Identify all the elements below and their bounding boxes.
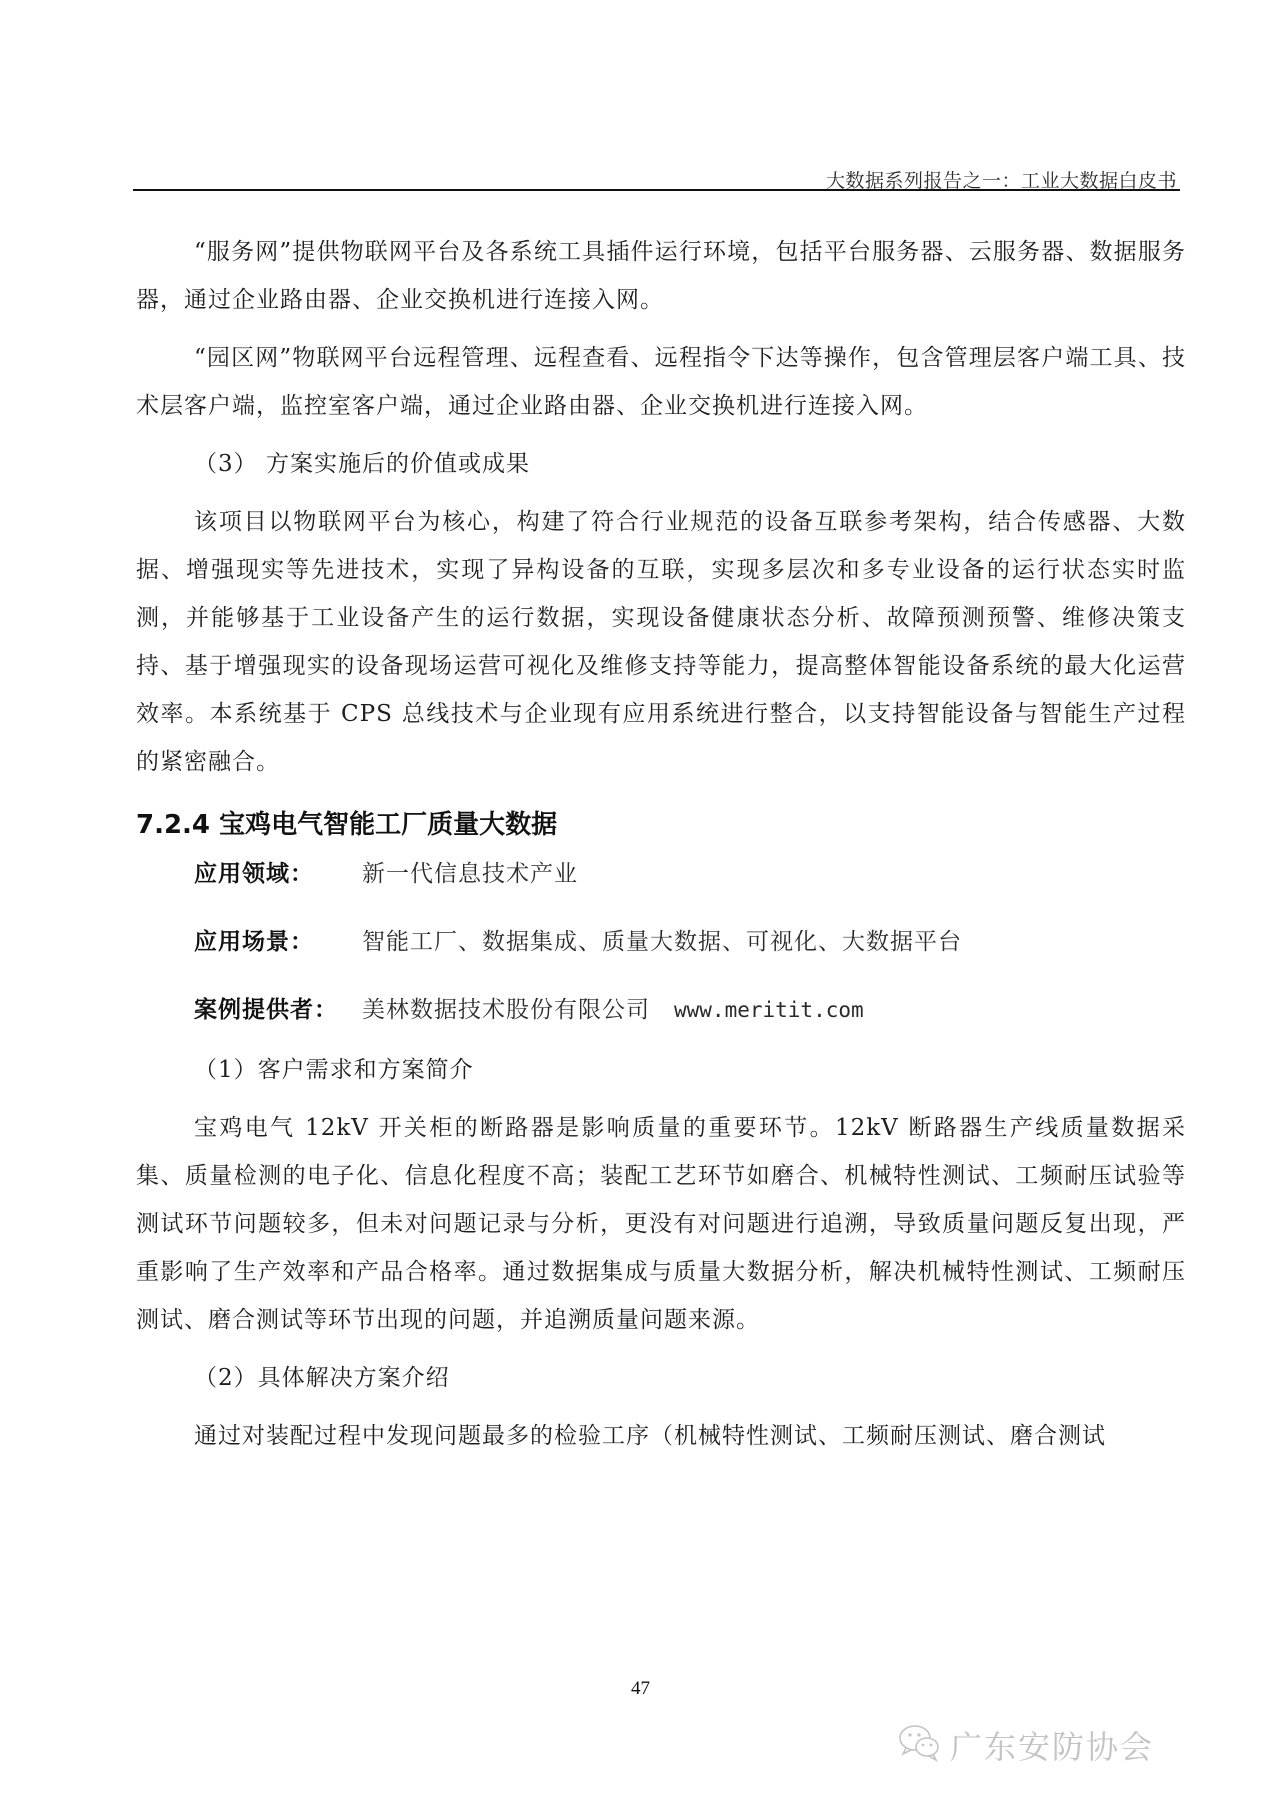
watermark: 广东安防协会 <box>898 1722 1154 1768</box>
page-content: “服务网”提供物联网平台及各系统工具插件运行环境，包括平台服务器、云服务器、数据… <box>136 228 1186 1470</box>
section-title: 7.2.4 宝鸡电气智能工厂质量大数据 <box>136 800 1186 850</box>
subheading-value-results: （3） 方案实施后的价值或成果 <box>136 440 1186 488</box>
meta-application-scenario: 应用场景： 智能工厂、数据集成、质量大数据、可视化、大数据平台 <box>136 922 1186 962</box>
provider-url: www.meritit.com <box>674 990 864 1030</box>
meta-value: 智能工厂、数据集成、质量大数据、可视化、大数据平台 <box>362 922 962 962</box>
paragraph-solution: 通过对装配过程中发现问题最多的检验工序（机械特性测试、工频耐压测试、磨合测试 <box>136 1412 1186 1460</box>
paragraph-service-network: “服务网”提供物联网平台及各系统工具插件运行环境，包括平台服务器、云服务器、数据… <box>136 228 1186 324</box>
page-number: 47 <box>631 1678 650 1700</box>
subheading-customer-needs: （1）客户需求和方案简介 <box>136 1046 1186 1094</box>
wechat-icon <box>898 1723 942 1767</box>
paragraph-campus-network: “园区网”物联网平台远程管理、远程查看、远程指令下达等操作，包含管理层客户端工具… <box>136 334 1186 430</box>
meta-value: 新一代信息技术产业 <box>362 854 578 894</box>
meta-case-provider: 案例提供者： 美林数据技术股份有限公司 www.meritit.com <box>136 990 1186 1030</box>
paragraph-customer-needs: 宝鸡电气 12kV 开关柜的断路器是影响质量的重要环节。12kV 断路器生产线质… <box>136 1104 1186 1344</box>
meta-application-field: 应用领域： 新一代信息技术产业 <box>136 854 1186 894</box>
meta-label: 应用领域： <box>194 854 362 894</box>
header-divider <box>133 189 1180 191</box>
meta-value: 美林数据技术股份有限公司 <box>362 990 650 1030</box>
meta-label: 应用场景： <box>194 922 362 962</box>
subheading-solution: （2）具体解决方案介绍 <box>136 1354 1186 1402</box>
meta-label: 案例提供者： <box>194 990 362 1030</box>
watermark-text: 广东安防协会 <box>950 1722 1154 1768</box>
paragraph-value-results: 该项目以物联网平台为核心，构建了符合行业规范的设备互联参考架构，结合传感器、大数… <box>136 498 1186 786</box>
